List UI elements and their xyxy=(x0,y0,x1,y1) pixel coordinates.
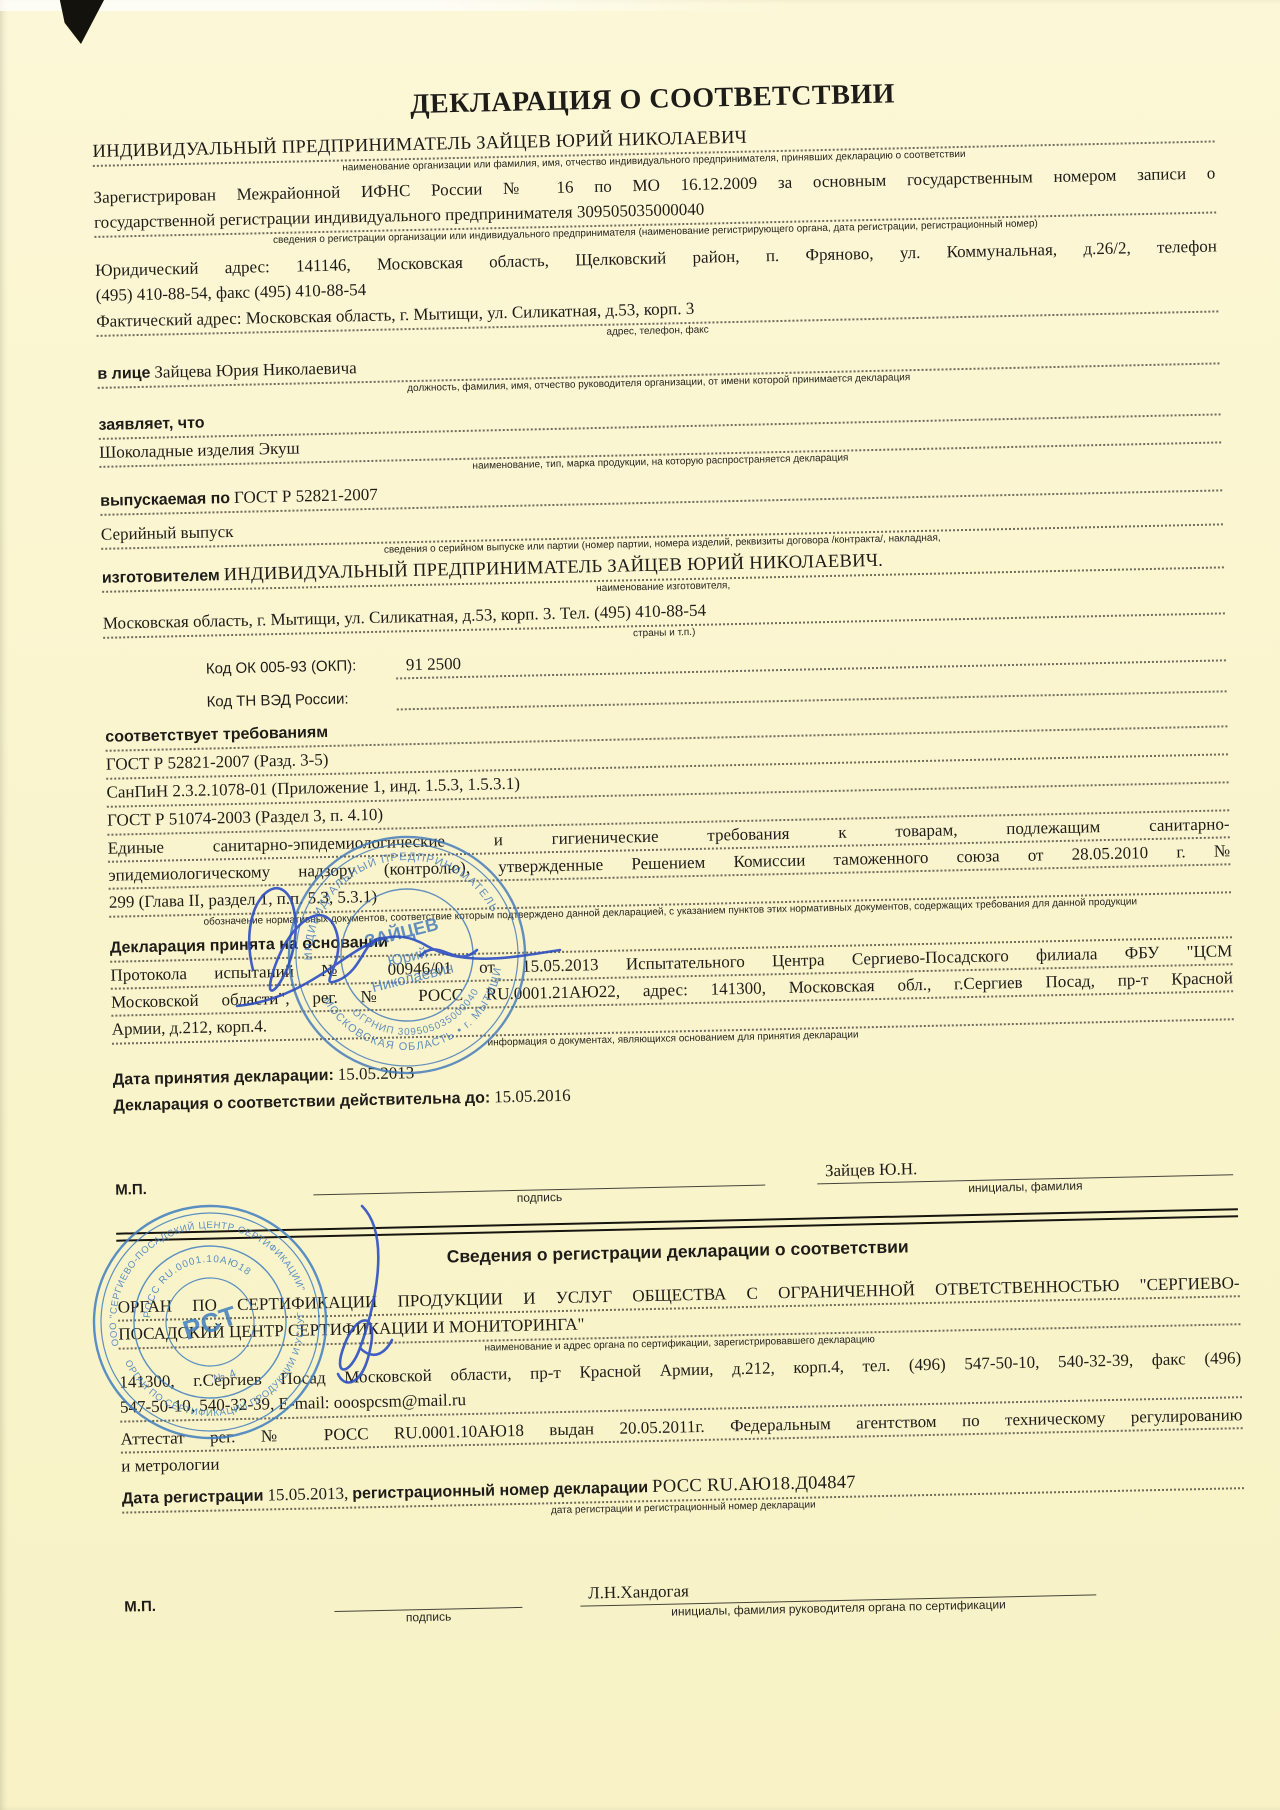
valid-until-label: Декларация о соответствии действительна … xyxy=(113,1090,490,1115)
produced-standard: ГОСТ Р 52821-2007 xyxy=(234,485,378,507)
signer-name-area: Зайцев Ю.Н. инициалы, фамилия xyxy=(817,1150,1234,1199)
stamp-place-label-2: М.П. xyxy=(124,1594,323,1631)
registration-date-value: 15.05.2013, xyxy=(267,1484,348,1505)
signature-caption-2: подпись xyxy=(334,1608,522,1627)
signature-line-area: подпись xyxy=(313,1185,765,1211)
scanned-declaration-page: ДЕКЛАРАЦИЯ О СООТВЕТСТВИИ ИНДИВИДУАЛЬНЫЙ… xyxy=(0,0,1280,1810)
in-person-value: Зайцева Юрия Николаевича xyxy=(154,358,357,381)
signature-block-cert-body: М.П. подпись Л.Н.Хандогая инициалы, фами… xyxy=(124,1549,1247,1631)
head-name-area: Л.Н.Хандогая инициалы, фамилия руководит… xyxy=(580,1570,1097,1621)
adoption-date-value: 15.05.2013 xyxy=(338,1063,415,1084)
declaration-document: ДЕКЛАРАЦИЯ О СООТВЕТСТВИИ ИНДИВИДУАЛЬНЫЙ… xyxy=(0,0,1280,1634)
in-person-label: в лице xyxy=(97,365,150,383)
produced-label: выпускаемая по xyxy=(100,490,230,510)
manufacturer-label: изготовителем xyxy=(102,567,220,587)
adoption-date-label: Дата принятия декларации: xyxy=(113,1067,334,1089)
valid-until-value: 15.05.2016 xyxy=(494,1086,571,1107)
registration-number-label: регистрационный номер декларации xyxy=(352,1479,648,1502)
stamp-place-label: М.П. xyxy=(115,1177,314,1214)
signature-block-applicant: М.П. подпись Зайцев Ю.Н. инициалы, фамил… xyxy=(114,1124,1237,1214)
tnved-label: Код ТН ВЭД России: xyxy=(206,686,396,714)
registration-date-label: Дата регистрации xyxy=(122,1488,264,1508)
product-name: Шоколадные изделия Экуш xyxy=(99,439,300,462)
okp-label: Код ОК 005-93 (ОКП): xyxy=(206,653,397,683)
registration-number-value: РОСС RU.АЮ18.Д04847 xyxy=(652,1473,856,1497)
signature-line-area-2: подпись xyxy=(334,1607,522,1627)
